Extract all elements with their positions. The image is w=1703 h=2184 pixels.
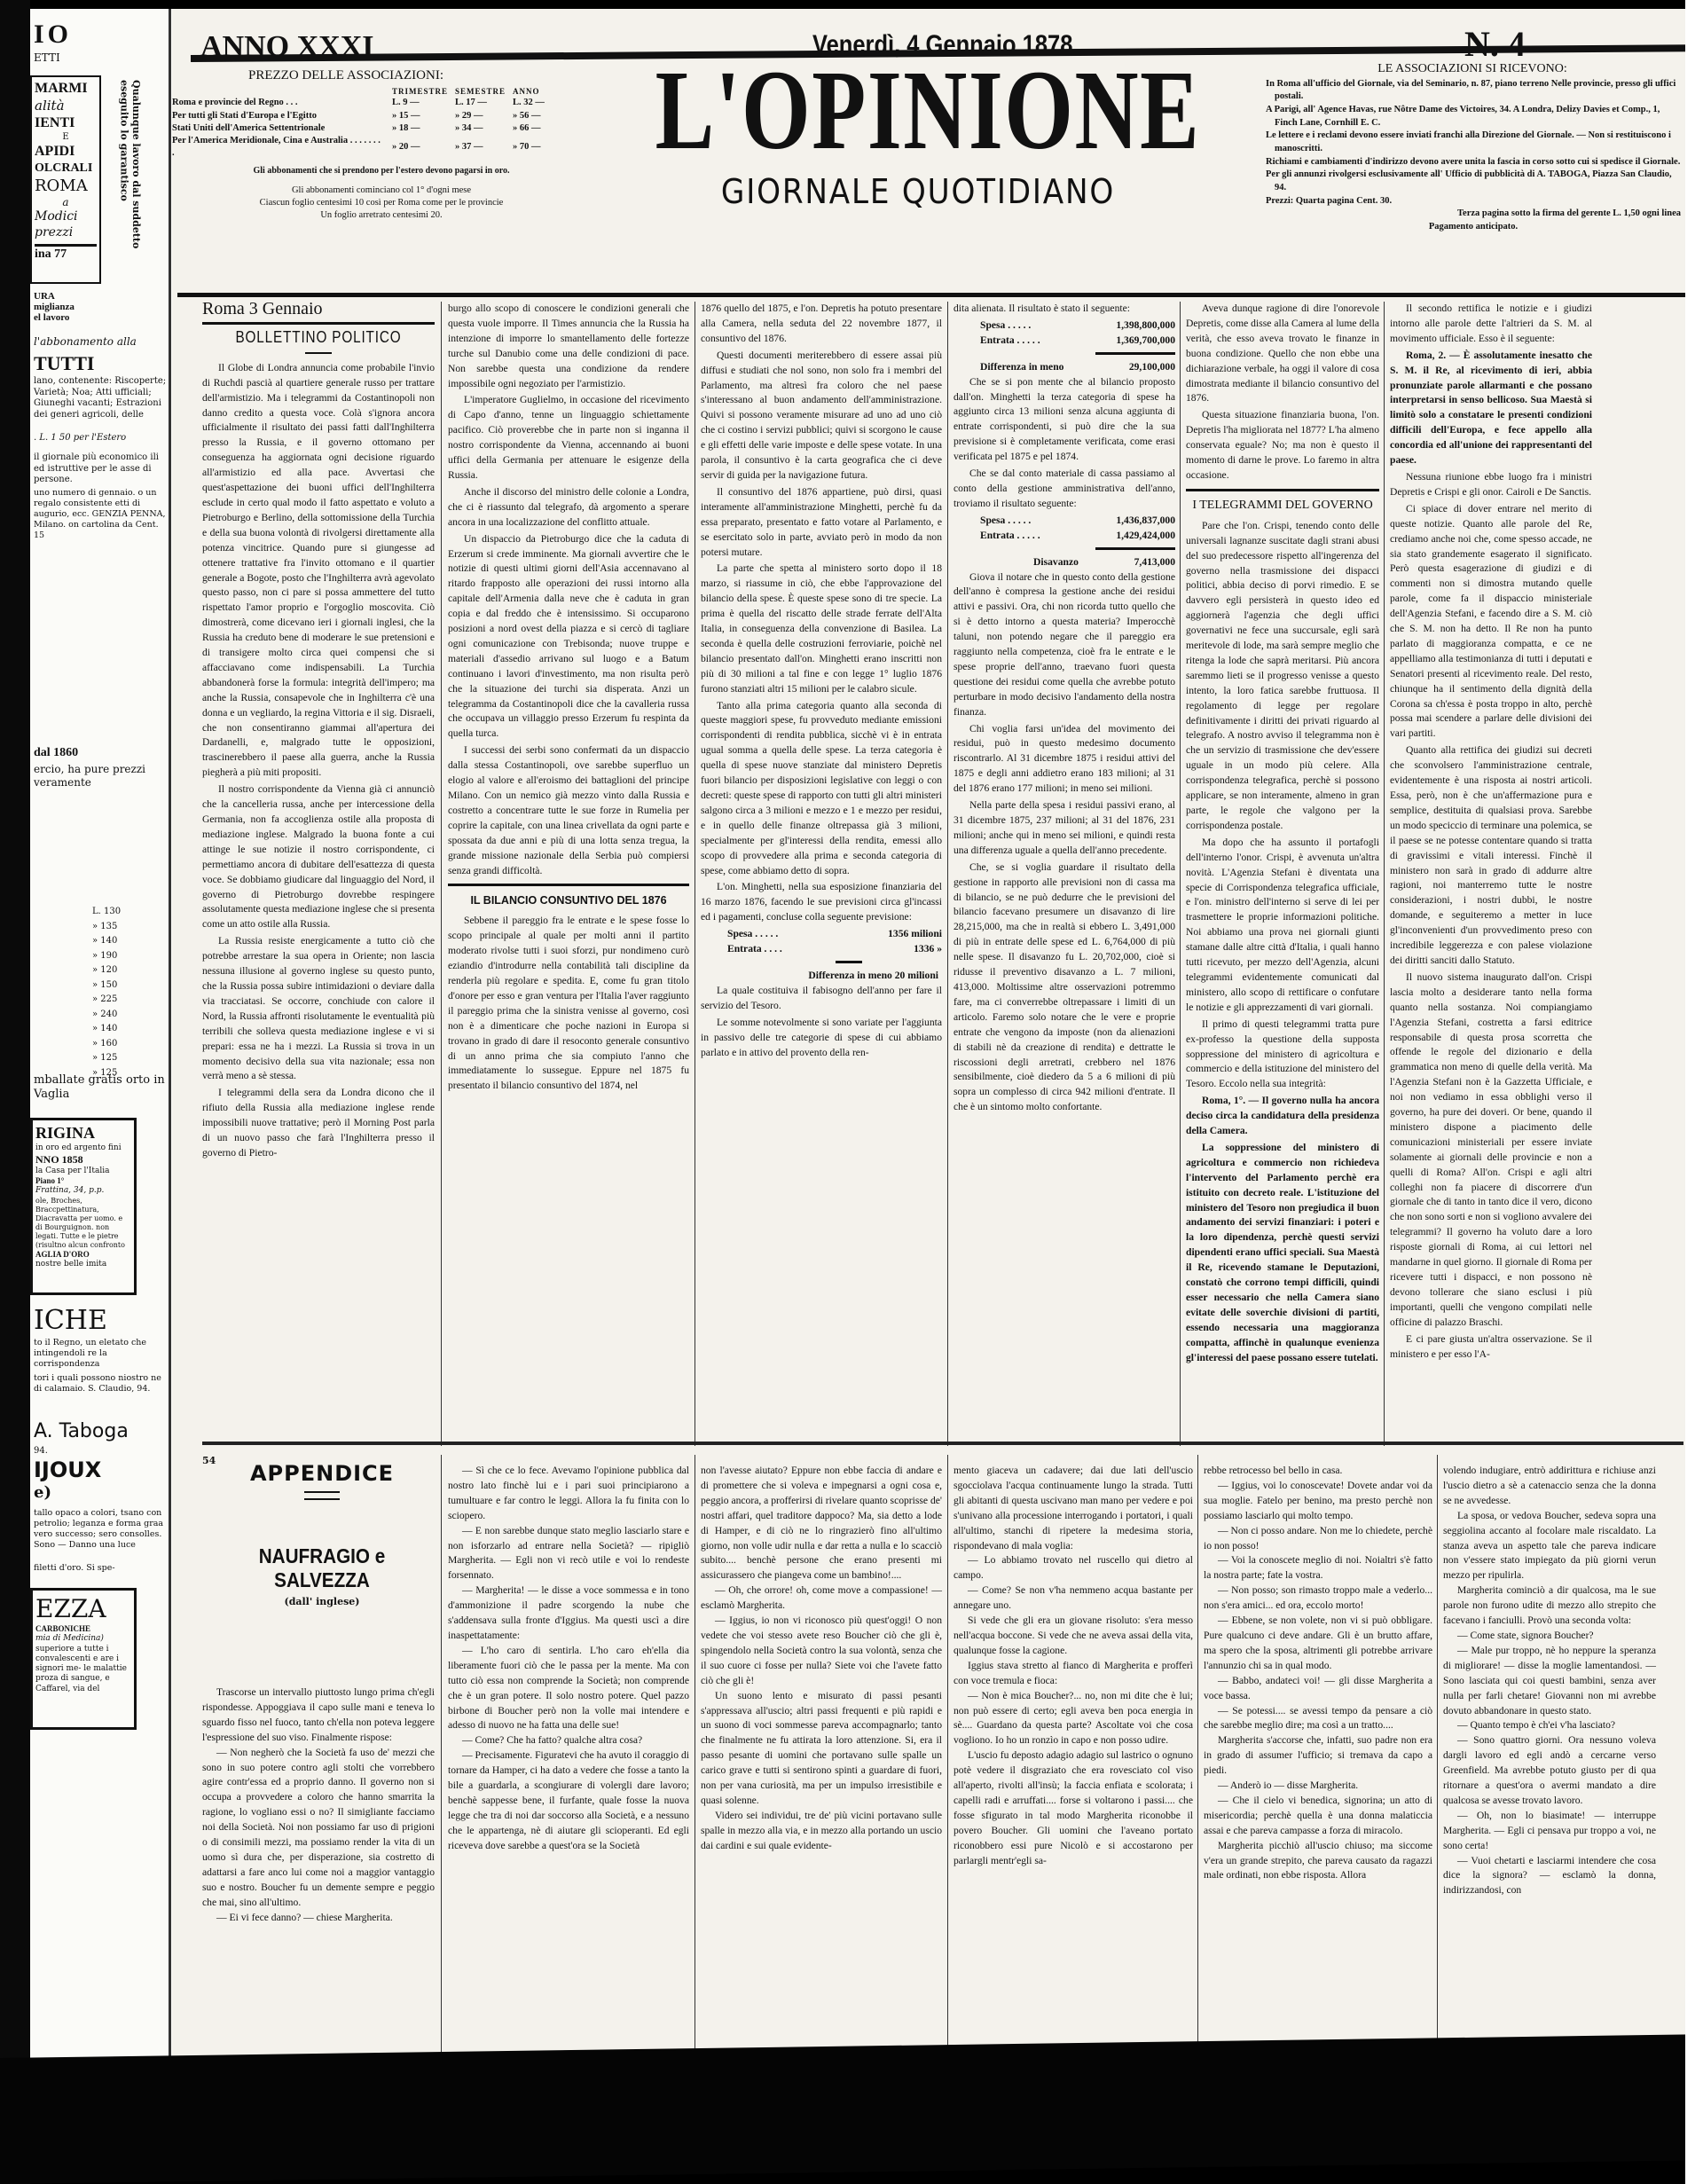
ad-marmi-line: E [35,132,97,144]
ad-marmi-line: Modici [35,209,97,225]
ad-origina-line: Piano 1° [35,1176,131,1186]
paragraph: L'on. Minghetti, nella sua esposizione f… [701,880,942,925]
paragraph: La sposa, or vedova Boucher, sedeva sopr… [1443,1509,1656,1584]
column-rule [1197,1455,1198,2058]
ad-origina-line: Frattina, 34, p.p. [35,1186,131,1196]
prices-note-3: Un foglio arretrato centesimi 20. [169,209,594,222]
prices-title: PREZZO DELLE ASSOCIAZIONI: [248,67,594,84]
paragraph: Nella parte della spesa i residui passiv… [954,798,1175,859]
paragraph: E ci pare giusta un'altra osservazione. … [1390,1332,1592,1363]
scan-white-edge [1685,0,1703,2184]
paragraph: Si vede che gli era un giovane risoluto:… [954,1614,1193,1659]
figure-label: Disavanzo [1033,555,1079,570]
figure-row: Entrata . . . . .1,429,424,000 [954,529,1175,544]
ad-marmi-line: a [35,196,97,209]
ad-tutti-price: . L. 1 50 per l'Estero [34,433,167,444]
ad-abbonamento: l'abbonamento alla [34,335,167,349]
paragraph: Tanto alla prima categoria quanto alla s… [701,699,942,879]
ad-bijoux-text2: filetti d'oro. Si spe- [34,1563,167,1574]
paragraph: Margherita s'accorse che, infatti, suo p… [1204,1733,1432,1779]
prices-row: Per tutti gli Stati d'Europa e l'Egitto»… [169,110,548,122]
paragraph: La parte che spetta al ministero sorto d… [701,562,942,696]
section-heading-bilancio: IL BILANCIO CONSUNTIVO DEL 1876 [448,893,689,908]
story-subtitle: (dall' inglese) [202,1596,442,1607]
column-rule [441,302,442,1446]
column-rule [947,302,948,1446]
paragraph: Aveva dunque ragione di dire l'onorevole… [1186,302,1379,406]
paragraph: 1876 quello del 1875, e l'on. Depretis h… [701,302,942,347]
ad-price-list: L. 130» 135» 140» 190» 120» 150» 225» 24… [92,905,167,1080]
prices-table: TRIMESTRE SEMESTRE ANNO Roma e provincie… [169,86,548,160]
prices-row-value: L. 9 — [388,97,451,109]
assoc-line: A Parigi, all' Agence Havas, rue Nôtre D… [1264,104,1681,130]
figure-row: Differenza in meno29,100,000 [954,360,1175,375]
column-rule [1437,1455,1438,2058]
paragraph: La quale costituiva il fabisogno dell'an… [701,984,942,1014]
paragraph: — Sono quattro giorni. Ora nessuno volev… [1443,1733,1656,1809]
column-4: dita alienata. Il risultato è stato il s… [954,302,1175,1117]
paragraph: Quanto alla rettifica dei giudizi sui de… [1390,743,1592,969]
ad-marmi-line: alità [35,98,97,114]
telegram-quote: Roma, 2. — È assolutamente inesatto che … [1390,349,1592,468]
ad-ezza-line: mia di Medicina) [35,1634,131,1644]
ad-price-item: » 125 [92,1051,167,1066]
column-2: burgo allo scopo di conoscere le condizi… [448,302,689,1096]
dateline: Roma 3 Gennaio [202,302,435,317]
figure-diff: Differenza in meno 20 milioni [701,969,942,984]
section-heading-telegrammi: I TELEGRAMMI DEL GOVERNO [1186,499,1379,514]
paragraph: — Anderò io — disse Margherita. [1204,1779,1432,1794]
masthead-title: L'OPINIONE [655,53,1181,167]
ad-tutti-text: lano, contenente: Riscoperte; Varietà; N… [34,376,167,420]
ad-price-item: » 225 [92,993,167,1008]
paragraph: Anche il discorso del ministro delle col… [448,485,689,530]
ad-origina-line: in oro ed argento fini [35,1143,131,1153]
column-rule [695,302,695,1446]
figure-label: Spesa . . . . . [980,514,1031,529]
telegram-quote: Roma, 1°. — Il governo nulla ha ancora d… [1186,1094,1379,1139]
scan-dark-bottom [0,2034,1703,2184]
paragraph: — Voi la conoscete meglio di noi. Noialt… [1204,1553,1432,1583]
figure-value: 1,369,700,000 [1116,334,1175,349]
prices-col-header: SEMESTRE [451,86,509,97]
paragraph: La Russia resiste energicamente a tutto … [202,934,435,1084]
figure-value: 1,436,837,000 [1116,514,1175,529]
ad-price-item: » 140 [92,934,167,949]
ad-ezza-line: superiore a tutte i convalescenti e are … [35,1645,131,1685]
paragraph: — Ei vi fece danno? — chiese Margherita. [202,1911,435,1926]
ad-bijoux-text: tallo opaco a colori, tsano con petrolio… [34,1508,167,1551]
figure-row: Spesa . . . . .1,436,837,000 [954,514,1175,529]
paragraph: mento giaceva un cadavere; dai due lati … [954,1464,1193,1553]
figure-row: Spesa . . . . .1,398,800,000 [954,318,1175,334]
assoc-prezzi: Prezzi: Quarta pagina Cent. 30. [1264,195,1681,208]
paragraph: Questi documenti meriterebbero di essere… [701,349,942,483]
paragraph: Margherita cominciò a dir qualcosa, ma l… [1443,1583,1656,1629]
ad-ezza-line: CARBONICHE [35,1624,131,1634]
sum-rule [1095,352,1175,355]
ad-line: el lavoro [34,312,167,323]
figure-value: 1356 milioni [888,927,942,942]
figure-row: Spesa . . . . .1356 milioni [701,927,942,942]
ornament [304,1491,340,1500]
paragraph: — Non ci posso andare. Non me lo chiedet… [1204,1524,1432,1554]
ad-top-fragment: IO [34,18,167,51]
ad-price-item: » 190 [92,949,167,964]
ad-origina-line: AGLIA D'ORO [35,1250,131,1260]
figure-row: Disavanzo7,413,000 [954,555,1175,570]
figure-label: Entrata . . . . . [980,529,1040,544]
prices-row: Roma e provincie del Regno . . .L. 9 —L.… [169,97,548,109]
prices-col-header: ANNO [509,86,548,97]
ornament-dash [305,352,332,354]
paragraph: — Sì che ce lo fece. Avevamo l'opinione … [448,1464,689,1524]
prices-row-label: Roma e provincie del Regno . . . [169,97,388,109]
ad-top-fragment-2: ETTI [34,51,167,65]
paragraph: Un suono lento e misurato di passi pesan… [701,1689,942,1809]
prices-row-label: Per l'America Meridionale, Cina e Austra… [169,135,388,160]
paragraph: — Non posso; son rimasto troppo male a v… [1204,1583,1432,1614]
ad-imballate: mballate gratis orto in Vaglia [34,1073,167,1103]
prices-row-label: Stati Uniti dell'America Settentrionale [169,122,388,135]
ad-bijoux-title: IJOUX [34,1457,167,1483]
prices-col-header: TRIMESTRE [388,86,451,97]
paragraph: Sebbene il pareggio fra le entrate e le … [448,914,689,1094]
paragraph: — Oh, non lo biasimate! — interruppe Mar… [1443,1809,1656,1854]
prices-row-value: L. 17 — [451,97,509,109]
paragraph: — Iggius, io non vi riconosco più quest'… [701,1614,942,1689]
telegram-quote: La soppressione del ministero di agricol… [1186,1141,1379,1366]
paragraph: Giova il notare che in questo conto dell… [954,570,1175,720]
appendice-col-4: mento giaceva un cadavere; dai due lati … [954,1464,1193,1868]
ad-origina-title: RIGINA [35,1123,131,1143]
rule [202,322,435,325]
prices-row-value: » 56 — [509,110,548,122]
paragraph: L'imperatore Guglielmo, in occasione del… [448,393,689,483]
story-title: NAUFRAGIO e SALVEZZA [215,1544,430,1592]
adjacent-page-ads: IO ETTI MARMI alità IENTI E APIDI OLCRAL… [30,9,172,2067]
prices-row-value: » 18 — [388,122,451,135]
header-bottom-rule [177,293,1685,297]
ad-ezza-line: Caffarel, via del [35,1685,131,1694]
figure-value: 1,429,424,000 [1116,529,1175,544]
column-rule [1384,302,1385,1446]
ad-iche-title: ICHE [34,1304,167,1338]
figure-label: Entrata . . . . . [980,334,1040,349]
paragraph: Un dispaccio da Pietroburgo dice che la … [448,532,689,742]
ad-origina-line: NNO 1858 [35,1153,131,1167]
paragraph: — Babbo, andateci voi! — gli disse Margh… [1204,1674,1432,1704]
paragraph: — Come? Se non v'ha nemmeno acqua bastan… [954,1583,1193,1614]
appendice-col-5: rebbe retrocesso bel bello in casa. — Ig… [1204,1464,1432,1883]
prices-row-value: » 29 — [451,110,509,122]
appendice-header: 54 APPENDICE NAUFRAGIO e SALVEZZA (dall'… [202,1455,442,1639]
ad-taboga-num: 94. [34,1446,167,1457]
ad-price-item: L. 130 [92,905,167,920]
ad-iche-text: to il Regno, un eletato che intingendoli… [34,1338,167,1370]
paragraph: dita alienata. Il risultato è stato il s… [954,302,1175,317]
figure-label: Entrata . . . . [727,942,782,957]
paragraph: Il Globe di Londra annuncia come probabi… [202,361,435,781]
paragraph: Il secondo rettifica le notizie e i giud… [1390,302,1592,347]
ad-marmi-line: OLCRALI [35,161,97,177]
paragraph: — Vuoi chetarti e lasciarmi intendere ch… [1443,1854,1656,1899]
prices-row-value: » 20 — [388,135,451,160]
prices-row-value: L. 32 — [509,97,548,109]
page-gutter-rule [169,9,171,2058]
prices-row-label: Per tutti gli Stati d'Europa e l'Egitto [169,110,388,122]
masthead: L'OPINIONE GIORNALE QUOTIDIANO [581,53,1255,211]
column-1: Roma 3 Gennaio BOLLETTINO POLITICO Il Gl… [202,302,435,1163]
ad-line: miglianza [34,302,167,312]
ad-tutti-text3: uno numero di gennaio. o un regalo consi… [34,488,167,540]
ad-bijoux-sub: e) [34,1483,167,1504]
masthead-subtitle: GIORNALE QUOTIDIANO [615,172,1221,211]
issue-number: N. 4 [1464,23,1526,65]
ad-marmi-line: IENTI [35,114,97,132]
paragraph: I successi dei serbi sono confermati da … [448,743,689,878]
paragraph: Che, se si voglia guardare il risultato … [954,860,1175,1115]
paragraph: Iggius stava stretto al fianco di Marghe… [954,1659,1193,1689]
paragraph: — Non negherò che la Società fa uso de' … [202,1746,435,1911]
ad-marmi-line: prezzi [35,225,97,241]
ad-tutti-text2: il giornale più economico ili ed istrutt… [34,452,167,486]
prices-row-value: » 34 — [451,122,509,135]
appendice-col-2: — Sì che ce lo fece. Avevamo l'opinione … [448,1464,689,1854]
figure-label: Spesa . . . . . [980,318,1031,334]
paragraph: — Come? Che ha fatto? qualche altra cosa… [448,1733,689,1748]
rule [1186,489,1379,491]
paragraph: — Oh, che orrore! oh, come move a compas… [701,1583,942,1614]
paragraph: Che se dal conto materiale di cassa pass… [954,467,1175,512]
column-6: Il secondo rettifica le notizie e i giud… [1390,302,1592,1363]
paragraph: I telegrammi della sera da Londra dicono… [202,1086,435,1161]
paragraph: Questa situazione finanziaria buona, l'o… [1186,408,1379,483]
prices-row: Stati Uniti dell'America Settentrionale»… [169,122,548,135]
column-3: 1876 quello del 1875, e l'on. Depretis h… [701,302,942,1062]
prices-note-gold: Gli abbonamenti che si prendono per l'es… [169,165,594,177]
ad-tutti-title: TUTTI [34,351,167,376]
figure-value: 1,398,800,000 [1116,318,1175,334]
column-rule [441,1455,442,2058]
assoc-line: In Roma all'ufficio del Giornale, via de… [1264,78,1681,104]
ad-price-item: » 140 [92,1022,167,1037]
ad-price-item: » 240 [92,1008,167,1023]
paragraph: — L'ho caro di sentirla. L'ho caro eh'el… [448,1644,689,1733]
figure-value: 29,100,000 [1129,360,1175,375]
subscription-prices: PREZZO DELLE ASSOCIAZIONI: TRIMESTRE SEM… [169,67,594,222]
figure-label: Spesa . . . . . [727,927,778,942]
appendice-rule [202,1442,1683,1445]
figure-value: 1336 » [914,942,942,957]
ad-origina-box: RIGINA in oro ed argento fini NNO 1858 l… [30,1118,137,1295]
paragraph: — Che il cielo vi benedica, signorina; u… [1204,1794,1432,1839]
column-5: Aveva dunque ragione di dire l'onorevole… [1186,302,1379,1368]
ad-origina-line: la Casa per l'Italia [35,1167,131,1176]
ad-price-item: » 150 [92,978,167,994]
rule [448,884,689,886]
paragraph: — Precisamente. Figuratevi che ha avuto … [448,1748,689,1853]
ad-ezza-box: EZZA CARBONICHE mia di Medicina) superio… [30,1588,137,1730]
ad-marmi-line: ina 77 [35,244,97,263]
assoc-line: Richiami e cambiamenti d'indirizzo devon… [1264,156,1681,169]
paragraph: volendo indugiare, entrò addirittura e r… [1443,1464,1656,1509]
ad-ezza-title: EZZA [35,1593,131,1624]
figure-row: Entrata . . . . .1,369,700,000 [954,334,1175,349]
ad-taboga: A. Taboga [34,1419,167,1444]
prices-note-2: Ciascun foglio centesimi 10 così per Rom… [169,197,594,209]
paragraph: — Se potessi.... se avessi tempo da pens… [1204,1704,1432,1734]
ad-line: URA [34,291,167,302]
subscription-info: LE ASSOCIAZIONI SI RICEVONO: In Roma all… [1264,60,1681,234]
paragraph: — Male pur troppo, nè ho neppure la sper… [1443,1644,1656,1719]
ad-marmi-line: ROMA [35,177,97,197]
sum-rule [1095,547,1175,550]
paragraph: Videro sei individui, tre de' più vicini… [701,1809,942,1854]
ad-bottom-lines: URA miglianza el lavoro [34,291,167,323]
ad-1860-title: dal 1860 [34,745,167,761]
paragraph: Che se si pon mente che al bilancio prop… [954,375,1175,465]
prices-note-1: Gli abbonamenti cominciano col 1° d'ogni… [169,185,594,197]
ad-origina-line: ole, Broches, Braccpettinatura, Diacrava… [35,1197,131,1250]
ad-1860-text: ercio, ha pure prezzi veramente [34,763,167,790]
ad-marmi-line: APIDI [35,143,97,161]
ad-vertical-text: Qualunque lavoro dal suddetto eseguito l… [106,80,142,284]
paragraph: — Quanto tempo è ch'ei v'ha lasciato? [1443,1718,1656,1733]
scan-dark-edge [0,0,30,2184]
paragraph: — Iggius, voi lo conoscevate! Dovete and… [1204,1479,1432,1524]
prices-row-value: » 70 — [509,135,548,160]
ad-price-item: » 135 [92,920,167,935]
paragraph: non l'avesse aiutato? Eppure non ebbe fa… [701,1464,942,1583]
assoc-line: Le lettere e i reclami devono essere inv… [1264,130,1681,155]
paragraph: Margherita picchiò all'uscio chiuso; ma … [1204,1839,1432,1884]
figure-row: Entrata . . . .1336 » [701,942,942,957]
paragraph: — Margherita! — le disse a voce sommessa… [448,1583,689,1644]
ad-marmi-box: MARMI alità IENTI E APIDI OLCRALI ROMA a… [30,75,101,284]
paragraph: Le somme notevolmente si sono variate pe… [701,1016,942,1061]
section-heading-bollettino: BOLLETTINO POLITICO [220,330,418,345]
ad-origina-line: nostre belle imita [35,1260,131,1269]
column-rule [947,1455,948,2058]
figure-value: 7,413,000 [1134,555,1175,570]
appendice-title: APPENDICE [202,1461,442,1486]
appendice-col-1: Trascorse un intervallo piuttosto lungo … [202,1685,435,1926]
assoc-title: LE ASSOCIAZIONI SI RICEVONO: [1264,60,1681,78]
paragraph: rebbe retrocesso bel bello in casa. [1204,1464,1432,1479]
prices-row-value: » 66 — [509,122,548,135]
paragraph: Il nostro corrispondente da Vienna già c… [202,782,435,932]
paragraph: Il nuovo sistema inaugurato dall'on. Cri… [1390,970,1592,1331]
prices-row-value: » 15 — [388,110,451,122]
ad-marmi-title: MARMI [35,80,97,98]
paragraph: Ma dopo che ha assunto il portafogli del… [1186,836,1379,1016]
prices-row: Per l'America Meridionale, Cina e Austra… [169,135,548,160]
assoc-prezzi-2: Terza pagina sotto la firma del gerente … [1264,208,1681,221]
paragraph: Trascorse un intervallo piuttosto lungo … [202,1685,435,1746]
paragraph: — Non è mica Boucher?... no, non mi dite… [954,1689,1193,1749]
paragraph: Il primo di questi telegrammi tratta pur… [1186,1017,1379,1093]
paragraph: Pare che l'on. Crispi, tenendo conto del… [1186,519,1379,834]
paragraph: Il consuntivo del 1876 appartiene, può d… [701,485,942,561]
paragraph: — E non sarebbe dunque stato meglio lasc… [448,1524,689,1584]
column-rule [1180,302,1181,1446]
ad-price-item: » 160 [92,1037,167,1052]
figure-label: Differenza in meno [980,360,1063,375]
ad-price-item: » 120 [92,963,167,978]
paragraph: — Ebbene, se non volete, non vi si può o… [1204,1614,1432,1674]
column-rule [695,1455,695,2058]
assoc-prezzi-3: Pagamento anticipato. [1264,221,1681,234]
paragraph: L'uscio fu deposto adagio adagio sul las… [954,1748,1193,1868]
prices-row-value: » 37 — [451,135,509,160]
sum-rule [836,961,862,963]
paragraph: Nessuna riunione ebbe luogo fra i minist… [1390,470,1592,500]
assoc-line: Per gli annunzi rivolgersi esclusivament… [1264,169,1681,194]
paragraph: Chi voglia farsi un'idea del movimento d… [954,722,1175,797]
paragraph: — Come state, signora Boucher? [1443,1629,1656,1644]
paragraph: — Lo abbiamo trovato nel ruscello qui di… [954,1553,1193,1583]
ad-iche-text2: tori i quali possono niostro ne di calam… [34,1373,167,1394]
paragraph: Ci spiace di dover entrare nel merito di… [1390,502,1592,742]
paragraph: burgo allo scopo di conoscere le condizi… [448,302,689,391]
appendice-col-3: non l'avesse aiutato? Eppure non ebbe fa… [701,1464,942,1854]
appendice-col-6: volendo indugiare, entrò addirittura e r… [1443,1464,1656,1898]
